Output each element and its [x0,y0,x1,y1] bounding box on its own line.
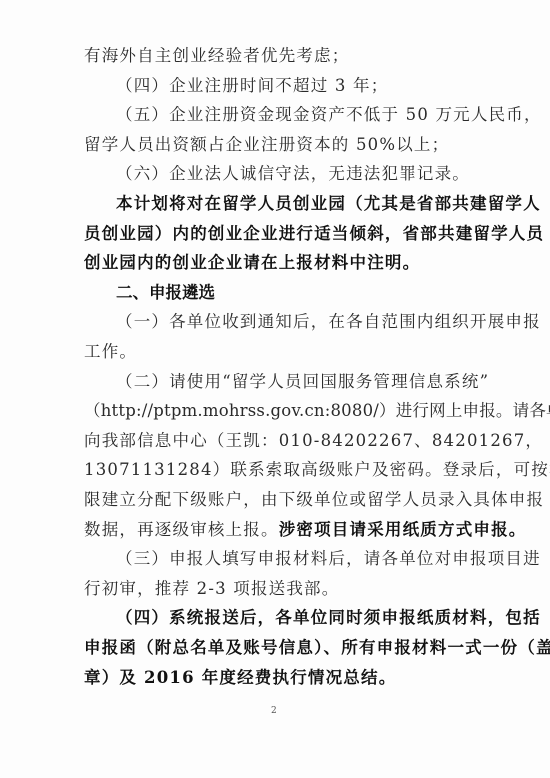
paragraph-line: 13071131284）联系索取高级账户及密码。登录后，可按权 [84,460,469,480]
step-1: （一）各单位收到通知后，在各自范围内组织开展申报 [116,312,469,332]
step-4-line: 章）及 2016 年度经费执行情况总结。 [84,668,469,688]
step-4-line: 申报函（附总名单及账号信息）、所有申报材料一式一份（盖 [84,638,469,658]
criterion-5: （五）企业注册资金现金资产不低于 50 万元人民币， [116,105,469,125]
step-3: （三）申报人填写申报材料后，请各单位对申报项目进 [116,549,469,569]
criterion-6: （六）企业法人诚信守法，无违法犯罪记录。 [116,164,469,184]
plain-text: 数据，再逐级审核上报。 [84,520,279,539]
paragraph-line: 有海外自主创业经验者优先考虑； [84,46,469,66]
page-number: 2 [271,706,277,716]
bold-note-line: 创业园内的创业企业请在上报材料中注明。 [84,253,469,273]
contact-line: 向我部信息中心（王凯：010-84202267、84201267， [84,431,469,451]
section-heading: 二、申报遴选 [116,283,469,303]
bold-note-line: 本计划将对在留学人员创业园（尤其是省部共建留学人 [116,194,469,214]
paragraph-line: 数据，再逐级审核上报。涉密项目请采用纸质方式申报。 [84,520,469,540]
paragraph-line: 行初审，推荐 2-3 项报送我部。 [84,579,469,599]
classified-note: 涉密项目请采用纸质方式申报。 [279,520,527,539]
paragraph-line: 工作。 [84,342,469,362]
step-2: （二）请使用“留学人员回国服务管理信息系统” [116,372,469,392]
criterion-4: （四）企业注册时间不超过 3 年； [116,76,469,96]
bold-note-line: 员创业园）内的创业企业进行适当倾斜，省部共建留学人员 [84,224,469,244]
paragraph-line: 留学人员出资额占企业注册资本的 50%以上； [84,135,469,155]
step-4: （四）系统报送后，各单位同时须申报纸质材料，包括 [116,608,469,628]
paragraph-line: 限建立分配下级账户，由下级单位或留学人员录入具体申报 [84,490,469,510]
system-url-line: （http://ptpm.mohrss.gov.cn:8080/）进行网上申报。… [84,401,469,421]
document-page: 有海外自主创业经验者优先考虑； （四）企业注册时间不超过 3 年； （五）企业注… [0,0,550,778]
